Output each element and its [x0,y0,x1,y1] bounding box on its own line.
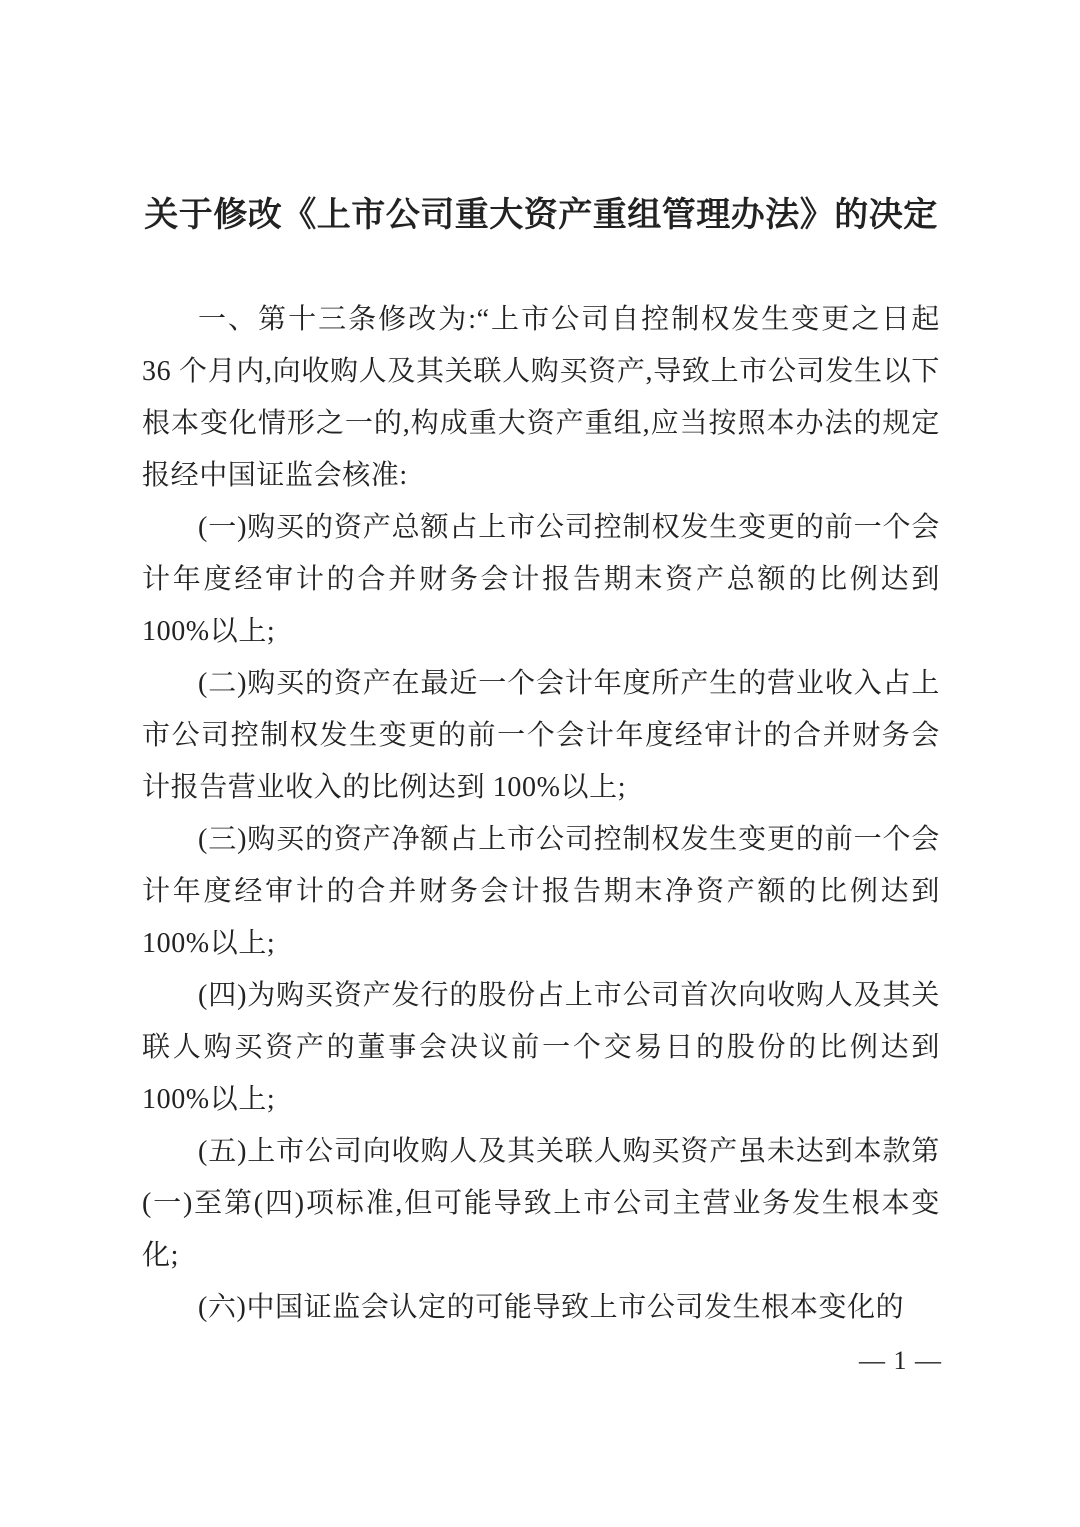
paragraph-item-1: (一)购买的资产总额占上市公司控制权发生变更的前一个会计年度经审计的合并财务会计… [142,502,940,658]
paragraph-item-5: (五)上市公司向收购人及其关联人购买资产虽未达到本款第(一)至第(四)项标准,但… [142,1126,940,1282]
paragraph-item-4: (四)为购买资产发行的股份占上市公司首次向收购人及其关联人购买资产的董事会决议前… [142,970,940,1126]
document-page: 关于修改《上市公司重大资产重组管理办法》的决定 一、第十三条修改为:“上市公司自… [0,0,1080,1527]
page-number: — 1 — [859,1346,942,1376]
paragraph-item-6: (六)中国证监会认定的可能导致上市公司发生根本变化的 [142,1282,940,1334]
paragraph-article-intro: 一、第十三条修改为:“上市公司自控制权发生变更之日起 36 个月内,向收购人及其… [142,294,940,502]
document-title: 关于修改《上市公司重大资产重组管理办法》的决定 [142,192,940,240]
document-body: 一、第十三条修改为:“上市公司自控制权发生变更之日起 36 个月内,向收购人及其… [142,294,940,1334]
paragraph-item-2: (二)购买的资产在最近一个会计年度所产生的营业收入占上市公司控制权发生变更的前一… [142,658,940,814]
paragraph-item-3: (三)购买的资产净额占上市公司控制权发生变更的前一个会计年度经审计的合并财务会计… [142,814,940,970]
